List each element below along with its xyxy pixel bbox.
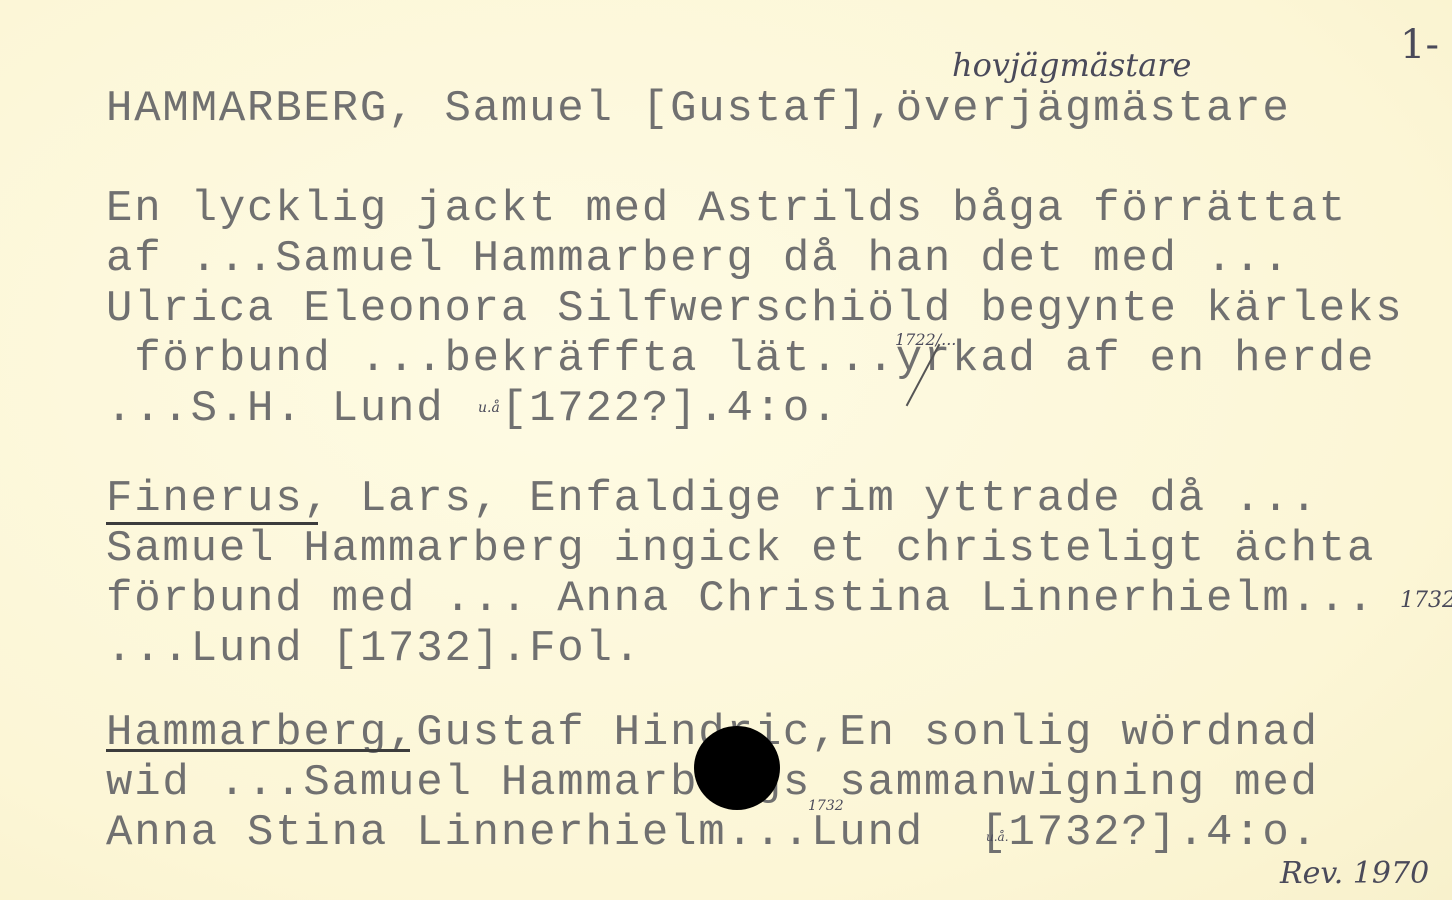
entry-1-line-1: En lycklig jackt med Astrilds båga förrä… (106, 184, 1347, 234)
entry-1-year-annotation: 1722/... (895, 330, 956, 349)
entry-2-year-annotation: 1732 (1400, 588, 1452, 613)
revision-note: Rev. 1970 (1280, 856, 1429, 891)
entry-3-place-annotation: u.å. (986, 830, 1009, 844)
entry-3-line-3: Anna Stina Linnerhielm...Lund [1732?].4:… (106, 808, 1319, 858)
card-heading: HAMMARBERG, Samuel [Gustaf],överjägmästa… (106, 84, 1291, 134)
page-marker: 1- (1400, 22, 1439, 68)
entry-1-line-3: Ulrica Eleonora Silfwerschiöld begynte k… (106, 284, 1403, 334)
entry-2-line-1: Finerus, Lars, Enfaldige rim yttrade då … (106, 474, 1319, 524)
entry-1-line-2: af ...Samuel Hammarberg då han det med .… (106, 234, 1291, 284)
catalog-card: 1- hovjägmästare HAMMARBERG, Samuel [Gus… (0, 0, 1452, 900)
heading-annotation: hovjägmästare (952, 46, 1191, 84)
entry-2-line-2: Samuel Hammarberg ingick et christeligt … (106, 524, 1375, 574)
entry-3-year-annotation: 1732 (808, 798, 844, 814)
entry-3-author-underline (106, 749, 410, 752)
entry-2-line-4: ...Lund [1732].Fol. (106, 624, 642, 674)
punched-hole (694, 726, 780, 810)
entry-2-line-3: förbund med ... Anna Christina Linnerhie… (106, 574, 1375, 624)
entry-1-place-annotation: u.å (478, 400, 500, 416)
entry-1-line-5: ...S.H. Lund [1722?].4:o. (106, 384, 839, 434)
entry-1-line-4: förbund ...bekräffta lät...yrkad af en h… (106, 334, 1375, 384)
